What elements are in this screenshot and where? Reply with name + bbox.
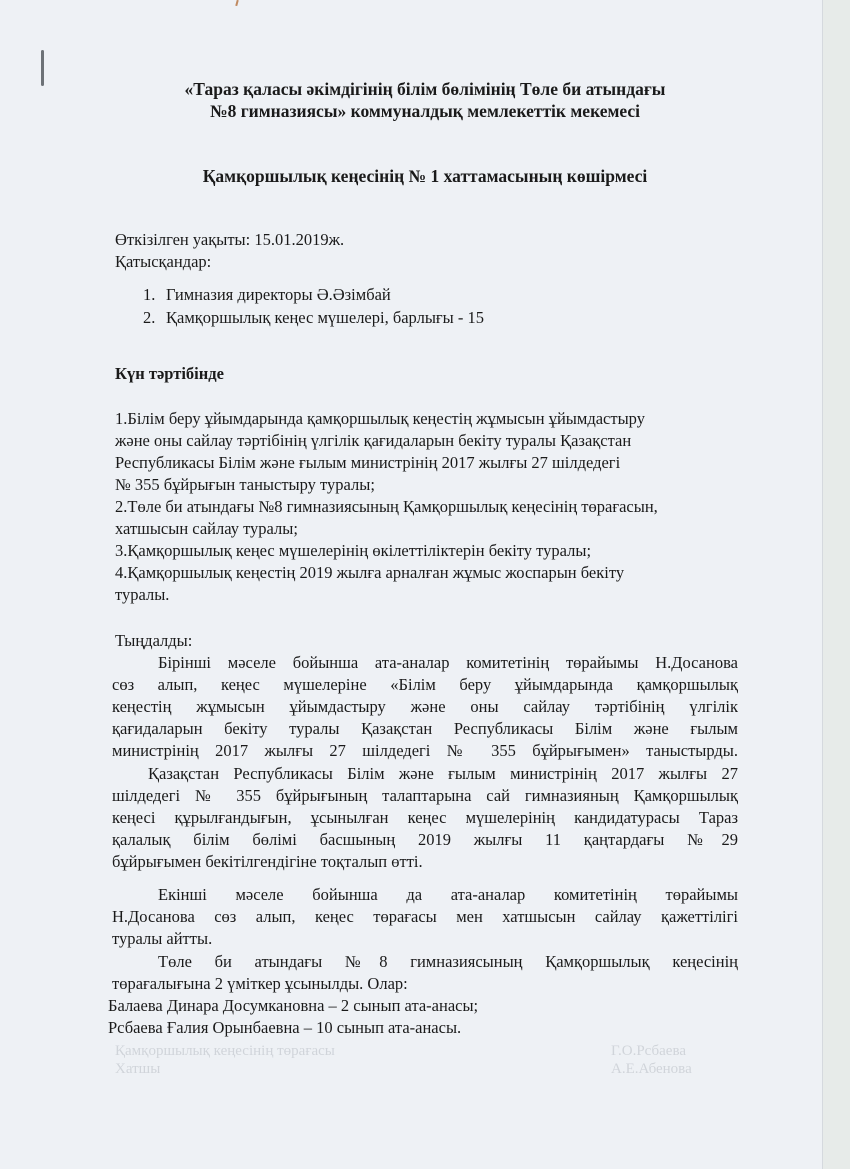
paragraph-3-line: Н.Досанова сөз алып, кеңес төрағасы мен …: [112, 906, 738, 928]
heard-label: Тыңдалды:: [115, 630, 192, 652]
agenda-item-1-line: және оны сайлау тәртібінің үлгілік қағид…: [115, 430, 631, 452]
paragraph-4-line: төрағалығына 2 үміткер ұсынылды. Олар:: [112, 973, 738, 995]
agenda-item-3-line: 3.Қамқоршылық кеңес мүшелерінің өкілетті…: [115, 540, 591, 562]
bleed-through-text: Хатшы: [115, 1061, 160, 1078]
agenda-heading: Күн тәртібінде: [115, 363, 224, 385]
participant-item: Қамқоршылық кеңес мүшелері, барлығы - 15: [166, 307, 484, 329]
bleed-through-text: А.Е.Абенова: [611, 1061, 692, 1078]
institution-name-line-2: №8 гимназиясы» коммуналдық мемлекеттік м…: [0, 100, 850, 122]
paragraph-1-line: сөз алып, кеңес мүшелеріне «Білім беру ұ…: [112, 674, 738, 696]
paragraph-2-line: қалалық білім бөлімі басшының 2019 жылғы…: [112, 829, 738, 851]
paragraph-2-line: бұйрығымен бекітілгендігіне тоқталып өтт…: [112, 851, 738, 873]
paragraph-3-line: туралы айтты.: [112, 928, 738, 950]
paragraph-2-line: кеңесі құрылғандығын, ұсынылған кеңес мү…: [112, 807, 738, 829]
candidate-item: Рсбаева Ғалия Орынбаевна – 10 сынып ата-…: [108, 1017, 461, 1039]
paragraph-2-line: Қазақстан Республикасы Білім және ғылым …: [148, 763, 738, 785]
agenda-item-2-line: хатшысын сайлау туралы;: [115, 518, 298, 540]
participant-item: Гимназия директоры Ә.Әзімбай: [166, 284, 391, 306]
agenda-item-1-line: 1.Білім беру ұйымдарында қамқоршылық кең…: [115, 408, 645, 430]
participant-number: 1.: [143, 284, 155, 306]
agenda-item-1-line: № 355 бұйрығын таныстыру туралы;: [115, 474, 375, 496]
paragraph-1-line: Бірінші мәселе бойынша ата-аналар комите…: [158, 652, 738, 674]
scanner-margin: [823, 0, 850, 1169]
paragraph-3-line: Екінші мәселе бойынша да ата-аналар коми…: [158, 884, 738, 906]
bleed-through-text: Қамқоршылық кеңесінің төрағасы: [115, 1043, 335, 1060]
paragraph-1-line: кеңестің жұмысын ұйымдастыру және оны са…: [112, 696, 738, 718]
paragraph-2-line: шілдедегі № 355 бұйрығының талаптарына с…: [112, 785, 738, 807]
institution-name-line-1: «Тараз қаласы әкімдігінің білім бөліміні…: [0, 78, 850, 100]
candidate-item: Балаева Динара Досумкановна – 2 сынып ат…: [108, 995, 478, 1017]
agenda-item-4-line: туралы.: [115, 584, 169, 606]
agenda-item-2-line: 2.Төле би атындағы №8 гимназиясының Қамқ…: [115, 496, 658, 518]
agenda-item-4-line: 4.Қамқоршылық кеңестің 2019 жылға арналғ…: [115, 562, 624, 584]
document-title: Қамқоршылық кеңесінің № 1 хаттамасының к…: [0, 165, 850, 187]
paragraph-1-line: министрінің 2017 жылғы 27 шілдедегі № 35…: [112, 740, 738, 762]
paragraph-4-line: Төле би атындағы №8 гимназиясының Қамқор…: [158, 951, 738, 973]
agenda-item-1-line: Республикасы Білім және ғылым министріні…: [115, 452, 620, 474]
participants-label: Қатысқандар:: [115, 251, 211, 273]
meeting-date: Өткізілген уақыты: 15.01.2019ж.: [115, 229, 344, 251]
paragraph-1-line: қағидаларын бекіту туралы Қазақстан Респ…: [112, 718, 738, 740]
document-page: Қамқоршылық кеңесінің төрағасы Г.О.Рсбае…: [0, 0, 823, 1169]
bleed-through-text: Г.О.Рсбаева: [611, 1043, 686, 1060]
participant-number: 2.: [143, 307, 155, 329]
ink-mark: [235, 0, 238, 6]
